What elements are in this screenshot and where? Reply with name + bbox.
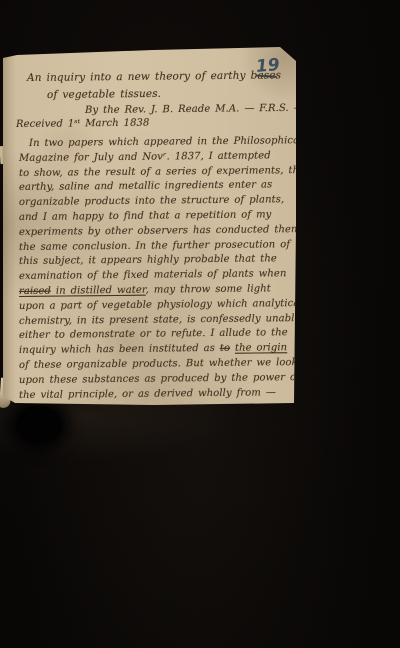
manuscript-text-segment: experiments by other observers has condu… — [19, 224, 316, 238]
manuscript-text-segment: the vital principle, or as derived wholl… — [19, 387, 276, 401]
manuscript-line: chemistry, in its present state, is conf… — [19, 313, 301, 327]
manuscript-text-segment: examination of the fixed materials of pl… — [19, 268, 287, 282]
manuscript-text-segment: to — [220, 343, 230, 354]
manuscript-text-segment: to show, as the result of a series of ex… — [19, 165, 309, 179]
manuscript-text-segment: Received 1ˢᵗ March 1838 — [16, 118, 150, 130]
manuscript-line: the vital principle, or as derived wholl… — [19, 387, 276, 401]
manuscript-line: inquiry which has been instituted as to … — [19, 342, 287, 356]
manuscript-text-segment: Magazine for July and Novʳ. 1837, I atte… — [19, 150, 271, 164]
manuscript-text-segment: raised — [19, 286, 51, 297]
manuscript-text-segment: By the Rev. J. B. Reade M.A. — F.R.S. — — [85, 103, 304, 116]
manuscript-text-segment: In two papers which appeared in the Phil… — [29, 135, 303, 149]
manuscript-line: of these organizable products. But wheth… — [19, 357, 298, 371]
photo-background: 19 An inquiry into a new theory of earth… — [0, 0, 400, 648]
manuscript-line: the same conclusion. In the further pros… — [19, 239, 290, 253]
manuscript-text-segment: inquiry which has been instituted as — [19, 343, 220, 356]
manuscript-text-segment: chemistry, in its present state, is conf… — [19, 313, 301, 327]
manuscript-page: 19 An inquiry into a new theory of earth… — [3, 46, 296, 405]
manuscript-line: In two papers which appeared in the Phil… — [29, 135, 303, 149]
manuscript-text-segment: of these organizable products. But wheth… — [19, 357, 298, 371]
manuscript-line: and I am happy to find that a repetition… — [19, 209, 271, 223]
manuscript-text-segment: upon a part of vegetable physiology whic… — [19, 298, 303, 312]
manuscript-line: of vegetable tissues. — [47, 88, 161, 101]
manuscript-line: upon a part of vegetable physiology whic… — [19, 298, 303, 312]
manuscript-line: experiments by other observers has condu… — [19, 224, 316, 238]
manuscript-line: upon these substances as produced by the… — [19, 372, 300, 386]
manuscript-line: Received 1ˢᵗ March 1838 — [16, 118, 150, 130]
manuscript-line: raised in distilled water, may throw som… — [19, 283, 271, 297]
manuscript-line: this subject, it appears highly probable… — [19, 253, 277, 267]
manuscript-line: Magazine for July and Novʳ. 1837, I atte… — [19, 150, 271, 164]
manuscript-text-segment: , may throw some light — [146, 283, 271, 295]
manuscript-text: An inquiry into a new theory of earthy b… — [3, 46, 296, 405]
manuscript-text-segment: and I am happy to find that a repetition… — [19, 209, 271, 223]
manuscript-line: By the Rev. J. B. Reade M.A. — F.R.S. — — [85, 103, 304, 116]
manuscript-text-segment: upon these substances as produced by the… — [19, 372, 300, 386]
manuscript-text-segment: organizable products into the structure … — [19, 194, 284, 208]
manuscript-line: earthy, saline and metallic ingredients … — [19, 179, 272, 193]
manuscript-text-segment: of vegetable tissues. — [47, 88, 161, 101]
manuscript-line: either to demonstrate or to refute. I al… — [19, 327, 288, 341]
manuscript-text-segment: earthy, saline and metallic ingredients … — [19, 179, 272, 193]
manuscript-text-segment: An inquiry into a new theory of earthy b… — [27, 69, 281, 84]
manuscript-line: An inquiry into a new theory of earthy b… — [27, 69, 281, 84]
manuscript-text-segment: either to demonstrate or to refute. I al… — [19, 327, 288, 341]
manuscript-text-segment: the same conclusion. In the further pros… — [19, 239, 290, 253]
manuscript-line: to show, as the result of a series of ex… — [19, 165, 309, 179]
manuscript-text-segment: in distilled water — [51, 285, 146, 297]
manuscript-line: examination of the fixed materials of pl… — [19, 268, 287, 282]
manuscript-line: organizable products into the structure … — [19, 194, 284, 208]
shadow-blob — [16, 406, 62, 444]
manuscript-text-segment: the origin — [235, 342, 287, 354]
manuscript-text-segment: this subject, it appears highly probable… — [19, 253, 277, 267]
